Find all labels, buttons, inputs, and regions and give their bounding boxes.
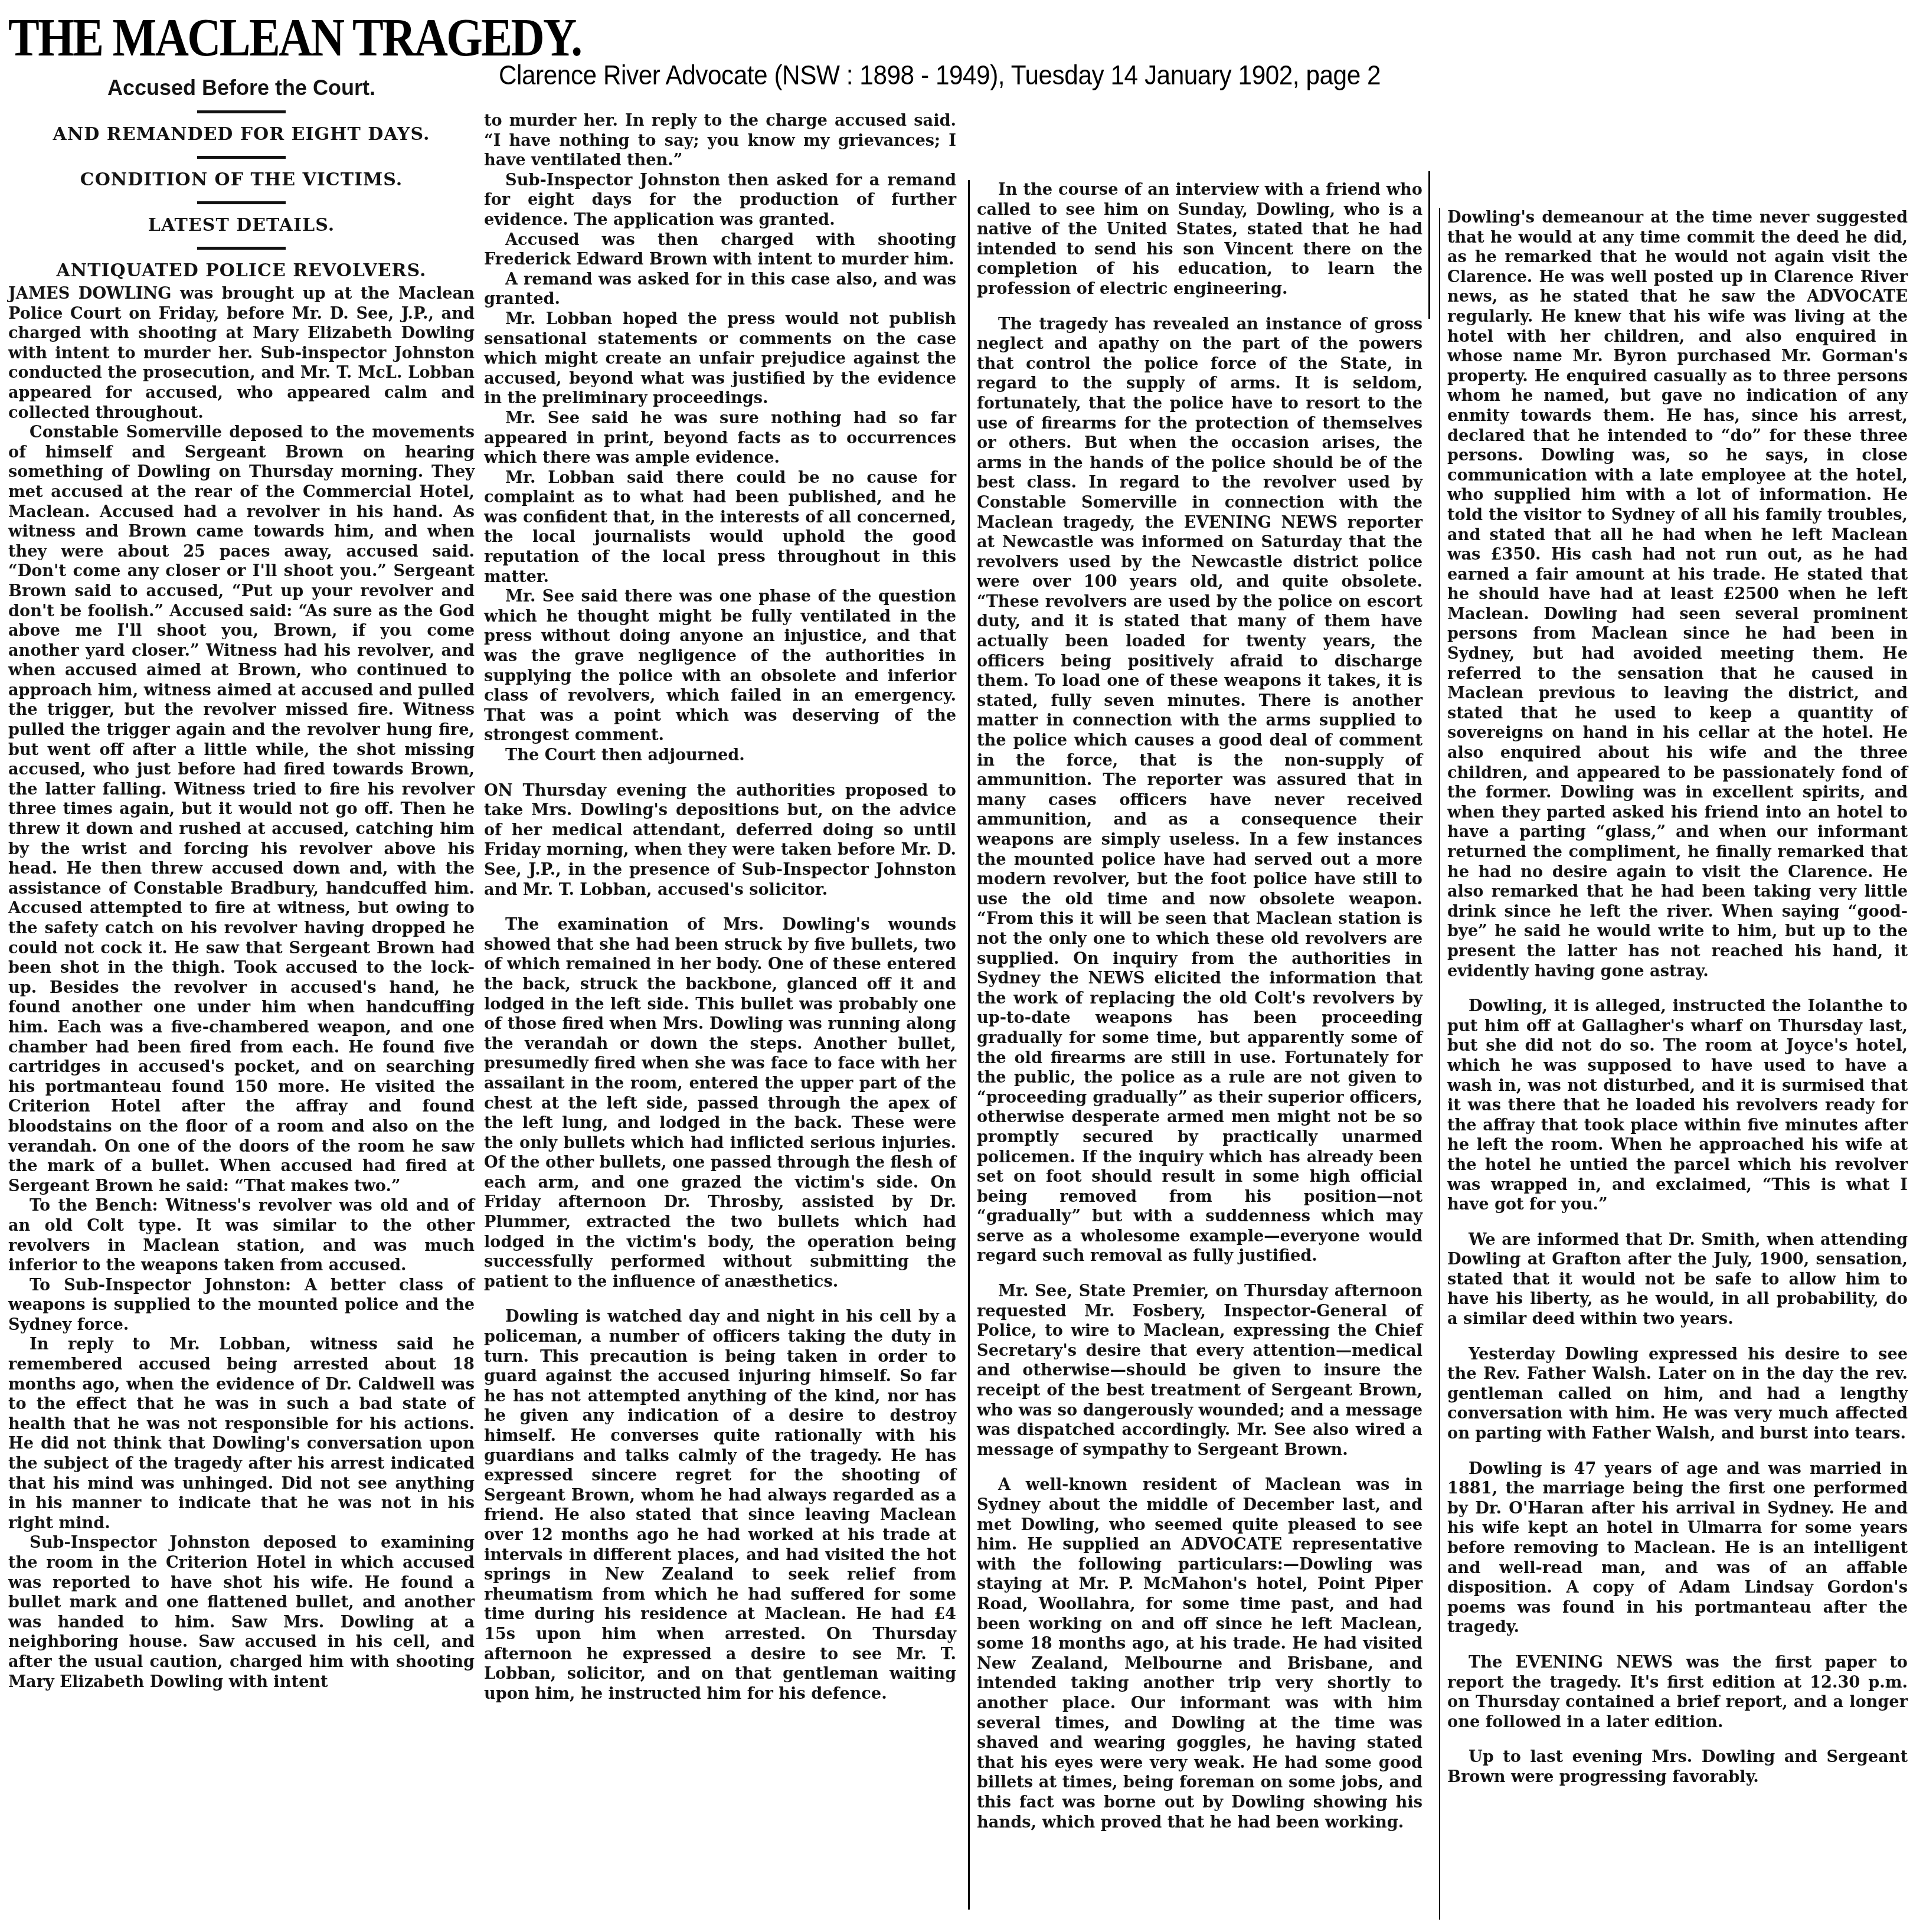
paragraph: Mr. Lobban said there could be no cause …	[484, 468, 956, 587]
paragraph: In reply to Mr. Lobban, witness said he …	[8, 1335, 475, 1533]
column-4: Dowling's demeanour at the time never su…	[1447, 208, 1908, 1787]
headline: THE MACLEAN TRAGEDY.	[8, 9, 409, 66]
subhead-remanded: AND REMANDED FOR EIGHT DAYS.	[8, 122, 475, 148]
divider	[197, 201, 286, 204]
paragraph: Dowling, it is alleged, instructed the I…	[1447, 996, 1908, 1215]
column-rule	[1428, 171, 1430, 319]
paragraph: To the Bench: Witness's revolver was old…	[8, 1196, 475, 1275]
paragraph: We are informed that Dr. Smith, when att…	[1447, 1230, 1908, 1329]
paragraph: To Sub-Inspector Johnston: A better clas…	[8, 1276, 475, 1335]
paragraph: Up to last evening Mrs. Dowling and Serg…	[1447, 1747, 1908, 1787]
paragraph: Dowling is watched day and night in his …	[484, 1307, 956, 1704]
paragraph: A well-known resident of Maclean was in …	[977, 1475, 1423, 1832]
paragraph: A remand was asked for in this case also…	[484, 270, 956, 309]
subhead-latest: LATEST DETAILS.	[8, 213, 475, 238]
paragraph: ON Thursday evening the authorities prop…	[484, 781, 956, 900]
paragraph: The tragedy has revealed an instance of …	[977, 315, 1423, 1267]
paragraph: The Court then adjourned.	[484, 746, 956, 766]
paragraph: Sub-Inspector Johnston then asked for a …	[484, 171, 956, 230]
paragraph: Yesterday Dowling expressed his desire t…	[1447, 1345, 1908, 1444]
paragraph: Constable Somerville deposed to the move…	[8, 423, 475, 1196]
column-1: THE MACLEAN TRAGEDY. Accused Before the …	[8, 9, 475, 1692]
paragraph: The EVENING NEWS was the first paper to …	[1447, 1653, 1908, 1732]
paragraph: Accused was then charged with shooting F…	[484, 230, 956, 270]
subhead-revolvers: ANTIQUATED POLICE REVOLVERS.	[8, 258, 475, 284]
paragraph: Sub-Inspector Johnston deposed to examin…	[8, 1533, 475, 1692]
paragraph: Mr. Lobban hoped the press would not pub…	[484, 309, 956, 408]
paragraph: In the course of an interview with a fri…	[977, 180, 1423, 299]
paragraph: Mr. See, State Premier, on Thursday afte…	[977, 1282, 1423, 1460]
subhead-accused: Accused Before the Court.	[8, 74, 475, 102]
source-caption: Clarence River Advocate (NSW : 1898 - 19…	[499, 59, 1381, 91]
column-rule	[1439, 208, 1440, 1920]
divider	[197, 110, 286, 113]
subhead-condition: CONDITION OF THE VICTIMS.	[8, 167, 475, 193]
column-2: to murder her. In reply to the charge ac…	[484, 111, 956, 1704]
paragraph: Dowling is 47 years of age and was marri…	[1447, 1459, 1908, 1637]
divider	[197, 247, 286, 250]
divider	[197, 156, 286, 159]
paragraph: The examination of Mrs. Dowling's wounds…	[484, 915, 956, 1292]
paragraph: Mr. See said there was one phase of the …	[484, 587, 956, 746]
paragraph: JAMES DOWLING was brought up at the Macl…	[8, 284, 475, 423]
paragraph: to murder her. In reply to the charge ac…	[484, 111, 956, 171]
column-3: In the course of an interview with a fri…	[977, 180, 1423, 1832]
paragraph: Dowling's demeanour at the time never su…	[1447, 208, 1908, 981]
column-rule	[968, 180, 970, 1910]
paragraph: Mr. See said he was sure nothing had so …	[484, 408, 956, 468]
